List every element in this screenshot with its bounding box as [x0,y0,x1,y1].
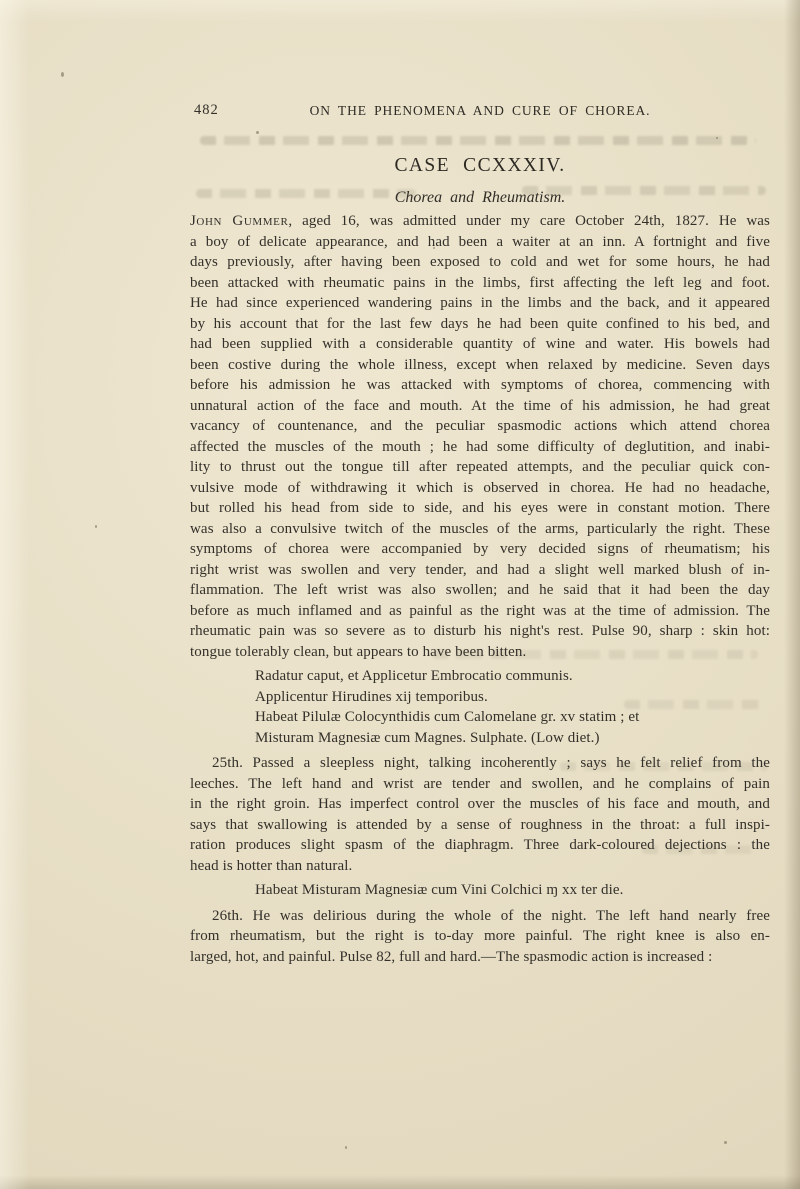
text-line: Applicentur Hirudines xij temporibus. [255,687,770,708]
text-line: before his admission he was attacked wit… [190,375,770,396]
text-line: had been supplied with a considerable qu… [190,334,770,355]
text-line: says that swallowing is attended by a se… [190,815,770,836]
text-line: unnatural action of the face and mouth. … [190,396,770,417]
text-line: head is hotter than natural. [190,856,770,877]
text-line: 26th. He was delirious during the whole … [190,906,770,927]
text-line: Radatur caput, et Applicetur Embrocatio … [255,666,770,687]
case-paragraph-1-first-line: John Gummer, aged 16, was admitted under… [190,211,770,232]
text-line: been costive during the whole illness, e… [190,355,770,376]
ink-speck [724,1141,727,1144]
text-line: but rolled his head from side to side, a… [190,498,770,519]
text-line: larged, hot, and painful. Pulse 82, full… [190,947,770,968]
ink-speck [256,131,259,134]
page-showthrough [200,136,756,145]
first-line-text: , aged 16, was admitted under my care Oc… [288,213,770,229]
text-line: tongue tolerably clean, but appears to h… [190,642,770,663]
text-line: Misturam Magnesiæ cum Magnes. Sulphate. … [255,728,770,749]
prescription-block: Radatur caput, et Applicetur Embrocatio … [190,666,770,748]
case-paragraph-1: John Gummer, aged 16, was admitted under… [190,211,770,662]
text-line: rheumatic pain was so severe as to distu… [190,621,770,642]
patient-name: John Gummer [190,213,288,229]
page-header: 482 ON THE PHENOMENA AND CURE OF CHOREA. [190,102,770,122]
text-line: was also a convulsive twitch of the musc… [190,519,770,540]
ink-speck [61,72,64,77]
ink-speck [716,137,718,139]
ink-speck [95,525,97,528]
text-line: He had since experienced wandering pains… [190,293,770,314]
prescription-line-colchici: Habeat Misturam Magnesiæ cum Vini Colchi… [190,880,770,901]
case-subtitle: Chorea and Rheumatism. [190,189,770,207]
text-line: days previously, after having been expos… [190,252,770,273]
text-line: vacancy of countenance, and the peculiar… [190,416,770,437]
case-paragraph-1-lines: a boy of delicate appearance, and had be… [190,232,770,663]
text-line: in the right groin. Has imperfect contro… [190,794,770,815]
text-line: lity to thrust out the tongue till after… [190,457,770,478]
paragraph-25th: 25th. Passed a sleepless night, talking … [190,753,770,876]
text-line: by his account that for the last few day… [190,314,770,335]
text-line: 25th. Passed a sleepless night, talking … [190,753,770,774]
paragraph-26th: 26th. He was delirious during the whole … [190,906,770,968]
text-line: been attacked with rheumatic pains in th… [190,273,770,294]
body-text-column: John Gummer, aged 16, was admitted under… [190,211,770,967]
text-line: right wrist was swollen and very tender,… [190,560,770,581]
text-line: leeches. The left hand and wrist are ten… [190,774,770,795]
ink-speck [345,1146,347,1149]
scanned-page: 482 ON THE PHENOMENA AND CURE OF CHOREA.… [0,0,800,1189]
text-line: symptoms of chorea were accompanied by v… [190,539,770,560]
text-line: from rheumatism, but the right is to-day… [190,926,770,947]
text-line: vulsive mode of withdrawing it which is … [190,478,770,499]
text-line: affected the muscles of the mouth ; he h… [190,437,770,458]
case-heading: CASE CCXXXIV. [190,155,770,177]
text-line: ration produces slight spasm of the diap… [190,835,770,856]
text-line: before as much inflamed and as painful a… [190,601,770,622]
text-line: a boy of delicate appearance, and had be… [190,232,770,253]
running-header: ON THE PHENOMENA AND CURE OF CHOREA. [190,103,770,119]
text-line: Habeat Pilulæ Colocynthidis cum Calomela… [255,707,770,728]
text-line: flammation. The left wrist was also swol… [190,580,770,601]
